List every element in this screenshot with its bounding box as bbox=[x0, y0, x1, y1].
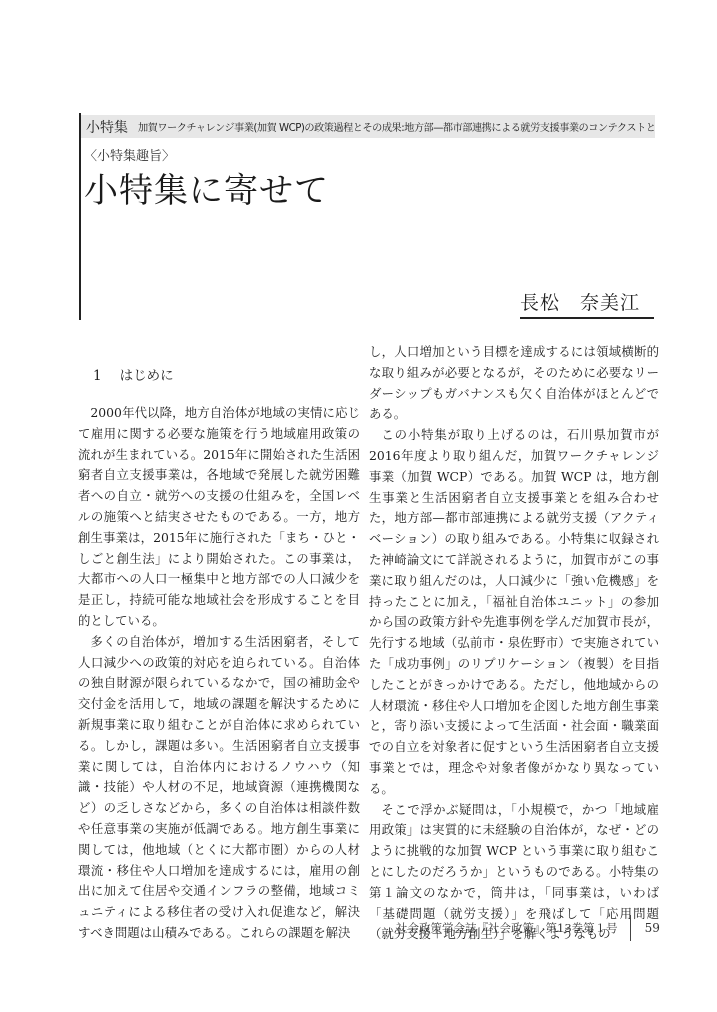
section-number: 1 bbox=[93, 368, 102, 384]
page-number: 59 bbox=[645, 921, 660, 935]
author-underline bbox=[520, 317, 654, 319]
left-vertical-rule bbox=[79, 113, 81, 320]
diamond-icon bbox=[131, 124, 137, 130]
journal-citation: 社会政策学会誌『社会政策』第13巻第１号 bbox=[396, 920, 618, 936]
section-heading: 1はじめに bbox=[93, 364, 174, 384]
article-kicker: 〈小特集趣旨〉 bbox=[84, 145, 175, 164]
right-column: し，人口増加という目標を達成するには領域横断的な取り組みが必要となるが，そのため… bbox=[369, 342, 659, 945]
paragraph: し，人口増加という目標を達成するには領域横断的な取り組みが必要となるが，そのため… bbox=[369, 342, 659, 425]
article-title: 小特集に寄せて bbox=[84, 163, 329, 212]
paragraph: 2000年代以降，地方自治体が地域の実情に応じて雇用に関する必要な施策を行う地域… bbox=[78, 403, 360, 632]
article-author: 長松 奈美江 bbox=[520, 288, 640, 315]
series-header-bar: 小特集 加賀ワークチャレンジ事業(加賀 WCP)の政策過程とその成果:地方部—都… bbox=[81, 115, 655, 138]
page-footer: 社会政策学会誌『社会政策』第13巻第１号 59 bbox=[396, 915, 660, 941]
section-title: はじめに bbox=[120, 368, 174, 384]
series-subtitle: 加賀ワークチャレンジ事業(加賀 WCP)の政策過程とその成果:地方部—都市部連携… bbox=[138, 119, 655, 134]
series-label: 小特集 bbox=[86, 117, 128, 137]
left-column: 2000年代以降，地方自治体が地域の実情に応じて雇用に関する必要な施策を行う地域… bbox=[78, 403, 360, 944]
paragraph: 多くの自治体が，増加する生活困窮者，そして人口減少への政策的対応を迫られている。… bbox=[78, 632, 360, 944]
footer-divider bbox=[630, 915, 631, 941]
paragraph: この小特集が取り上げるのは，石川県加賀市が2016年度より取り組んだ，加賀ワーク… bbox=[369, 425, 659, 799]
